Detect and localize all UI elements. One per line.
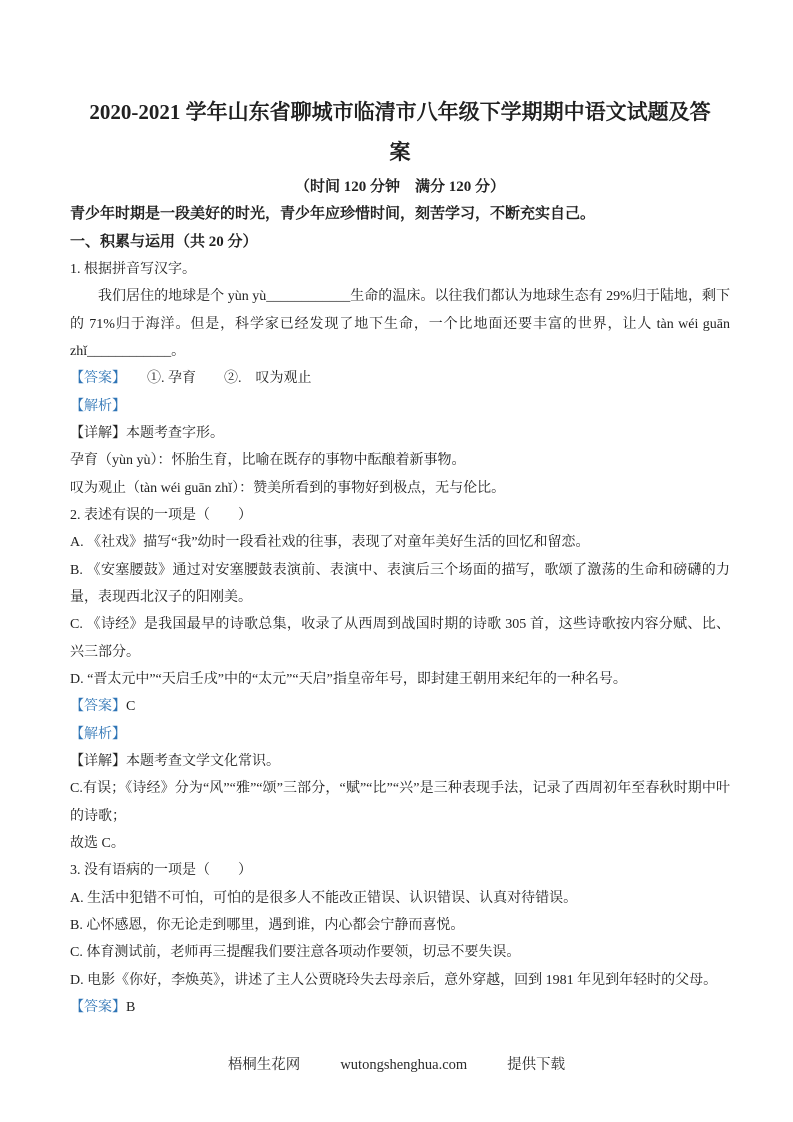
document-page: 2020-2021 学年山东省聊城市临清市八年级下学期期中语文试题及答 案 （时… bbox=[0, 0, 793, 1122]
q3-answer-line: 【答案】B bbox=[70, 994, 730, 1021]
q2-detail: 【详解】本题考查文学文化常识。 bbox=[70, 748, 730, 775]
q3-option-c: C. 体育测试前，老师再三提醒我们要注意各项动作要领，切忌不要失误。 bbox=[70, 939, 730, 966]
q1-detail: 【详解】本题考查字形。 bbox=[70, 420, 730, 447]
q2-option-d: D. “晋太元中”“天启壬戌”中的“太元”“天启”指皇帝年号，即封建王朝用来纪年… bbox=[70, 666, 730, 693]
exam-motto: 青少年时期是一段美好的时光，青少年应珍惜时间，刻苦学习，不断充实自己。 bbox=[70, 201, 730, 228]
q2-answer-text: C bbox=[126, 699, 135, 714]
page-footer: 梧桐生花网wutongshenghua.com提供下载 bbox=[0, 1052, 793, 1079]
exam-info: （时间 120 分钟 满分 120 分） bbox=[70, 174, 730, 201]
q1-stem: 1. 根据拼音写汉字。 bbox=[70, 256, 730, 283]
footer-download-text: 提供下载 bbox=[507, 1057, 565, 1073]
q1-analysis-label: 【解析】 bbox=[70, 399, 126, 414]
q3-answer-label: 【答案】 bbox=[70, 1000, 126, 1015]
q3-option-d: D. 电影《你好，李焕英》，讲述了主人公贾晓玲失去母亲后，意外穿越，回到 198… bbox=[70, 967, 730, 994]
q1-answer-label: 【答案】 bbox=[70, 371, 119, 386]
q1-answer-text: ①. 孕育 ②. 叹为观止 bbox=[119, 371, 312, 386]
q3-answer-text: B bbox=[126, 1000, 135, 1015]
document-content: 2020-2021 学年山东省聊城市临清市八年级下学期期中语文试题及答 案 （时… bbox=[0, 0, 793, 1021]
q2-explanation-2: 故选 C。 bbox=[70, 830, 730, 857]
q2-analysis-label: 【解析】 bbox=[70, 727, 126, 742]
q2-answer-line: 【答案】C bbox=[70, 693, 730, 720]
q2-explanation-1: C.有误；《诗经》分为“风”“雅”“颂”三部分，“赋”“比”“兴”是三种表现手法… bbox=[70, 775, 730, 830]
q2-option-c: C. 《诗经》是我国最早的诗歌总集，收录了从西周到战国时期的诗歌 305 首，这… bbox=[70, 611, 730, 666]
exam-title-line1: 2020-2021 学年山东省聊城市临清市八年级下学期期中语文试题及答 bbox=[70, 92, 730, 132]
q3-stem: 3. 没有语病的一项是（ ） bbox=[70, 857, 730, 884]
section-heading: 一、积累与运用（共 20 分） bbox=[70, 229, 730, 256]
q2-option-b: B. 《安塞腰鼓》通过对安塞腰鼓表演前、表演中、表演后三个场面的描写，歌颂了激荡… bbox=[70, 557, 730, 612]
q3-option-b: B. 心怀感恩，你无论走到哪里，遇到谁，内心都会宁静而喜悦。 bbox=[70, 912, 730, 939]
q3-option-a: A. 生活中犯错不可怕，可怕的是很多人不能改正错误、认识错误、认真对待错误。 bbox=[70, 885, 730, 912]
q1-explanation-1: 孕育（yùn yù）：怀胎生育，比喻在既存的事物中酝酿着新事物。 bbox=[70, 447, 730, 474]
q1-passage: 我们居住的地球是个 yùn yù____________生命的温床。以往我们都认… bbox=[70, 283, 730, 365]
q1-analysis-line: 【解析】 bbox=[70, 393, 730, 420]
q1-explanation-2: 叹为观止（tàn wéi guān zhǐ）：赞美所看到的事物好到极点，无与伦比… bbox=[70, 475, 730, 502]
q2-stem: 2. 表述有误的一项是（ ） bbox=[70, 502, 730, 529]
footer-site-url: wutongshenghua.com bbox=[340, 1057, 467, 1073]
q1-answer-line: 【答案】 ①. 孕育 ②. 叹为观止 bbox=[70, 365, 730, 392]
exam-title-line2: 案 bbox=[70, 132, 730, 172]
q2-analysis-line: 【解析】 bbox=[70, 721, 730, 748]
q2-answer-label: 【答案】 bbox=[70, 699, 126, 714]
footer-site-name: 梧桐生花网 bbox=[228, 1057, 301, 1073]
q2-option-a: A. 《社戏》描写“我”幼时一段看社戏的往事，表现了对童年美好生活的回忆和留恋。 bbox=[70, 529, 730, 556]
